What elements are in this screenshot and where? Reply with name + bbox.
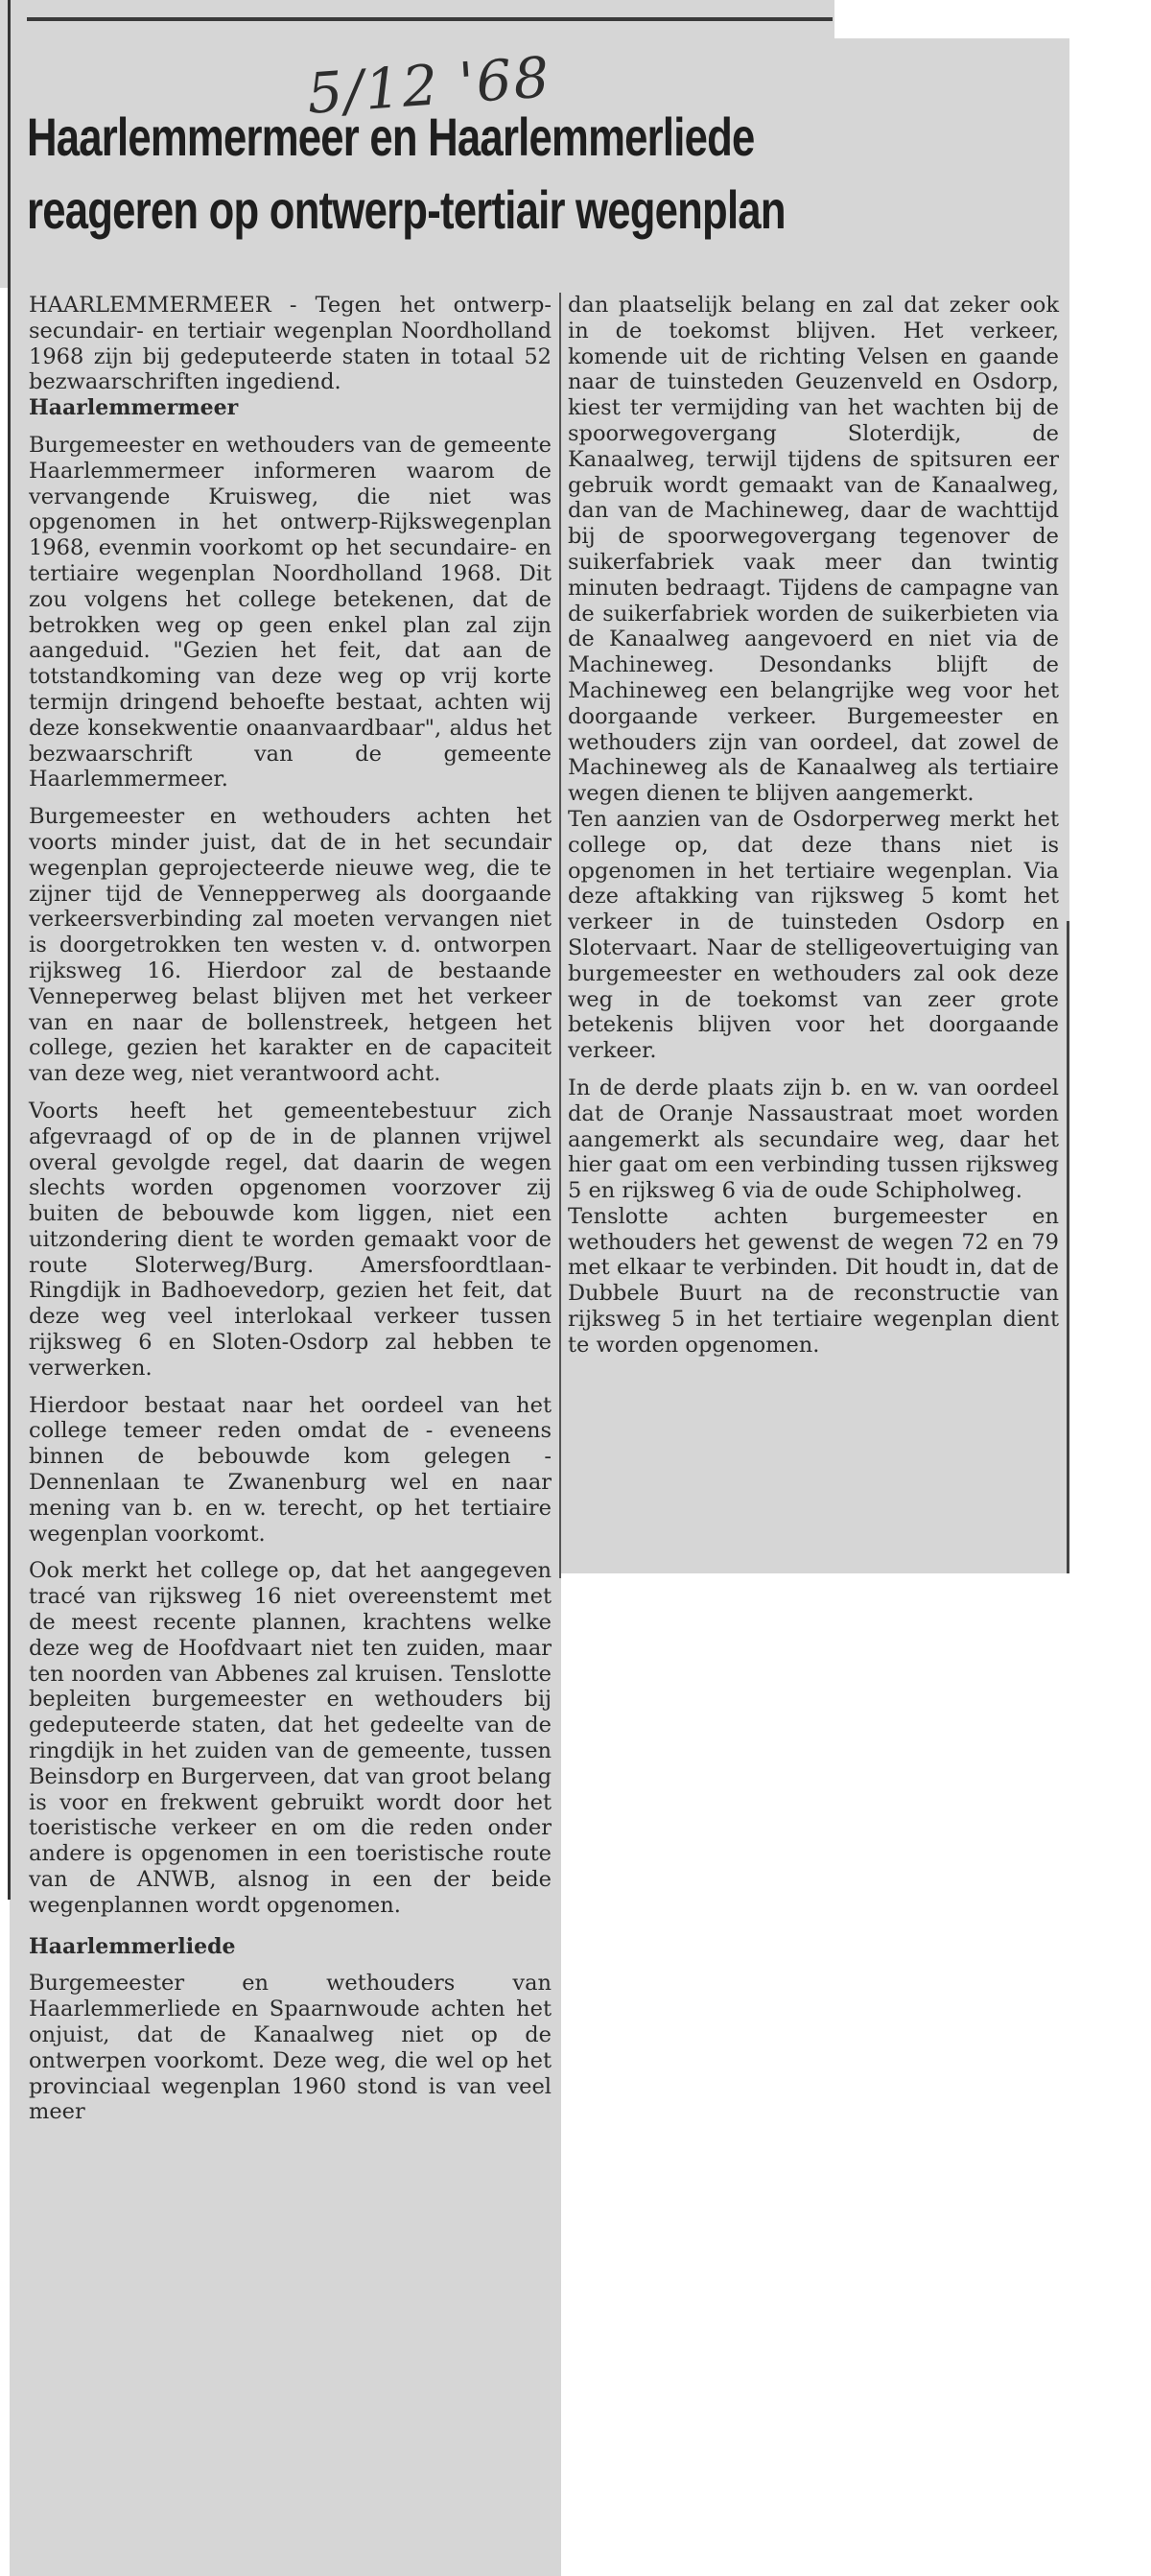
paragraph: dan plaatselijk belang en zal dat zeker …: [568, 293, 1059, 807]
paragraph: In de derde plaats zijn b. en w. van oor…: [568, 1075, 1059, 1204]
headline-line-1: Haarlemmermeer en Haarlemmerliede: [27, 101, 775, 174]
top-rule: [27, 17, 833, 21]
clipping-paper-top-right: [834, 38, 1069, 288]
paragraph: Tenslotte achten burgemeester en wethoud…: [568, 1204, 1059, 1359]
column-separator: [559, 293, 561, 1578]
paragraph: Burgemeester en wethouders van de gemeen…: [29, 433, 552, 792]
lead-paragraph: HAARLEMMERMEER - Tegen het ontwerp-secun…: [29, 293, 552, 395]
left-column: HAARLEMMERMEER - Tegen het ontwerp-secun…: [29, 293, 552, 2137]
subhead-haarlemmerliede: Haarlemmerliede: [29, 1934, 552, 1960]
paragraph: Ook merkt het college op, dat het aangeg…: [29, 1558, 552, 1918]
paragraph: Burgemeester en wethouders achten het vo…: [29, 804, 552, 1087]
headline: Haarlemmermeer en Haarlemmerliede reager…: [27, 101, 775, 247]
paragraph: Hierdoor bestaat naar het oordeel van he…: [29, 1393, 552, 1548]
left-border: [8, 0, 11, 1900]
right-edge-shadow: [1067, 921, 1069, 1573]
paragraph: Ten aanzien van de Osdorperweg merkt het…: [568, 807, 1059, 1064]
right-column: dan plaatselijk belang en zal dat zeker …: [568, 293, 1059, 1370]
subhead-haarlemmermeer: Haarlemmermeer: [29, 395, 552, 421]
headline-line-2: reageren op ontwerp-tertiair wegenplan: [27, 174, 775, 247]
paragraph: Voorts heeft het gemeentebestuur zich af…: [29, 1099, 552, 1382]
paragraph: Burgemeester en wethouders van Haarlemme…: [29, 1971, 552, 2125]
